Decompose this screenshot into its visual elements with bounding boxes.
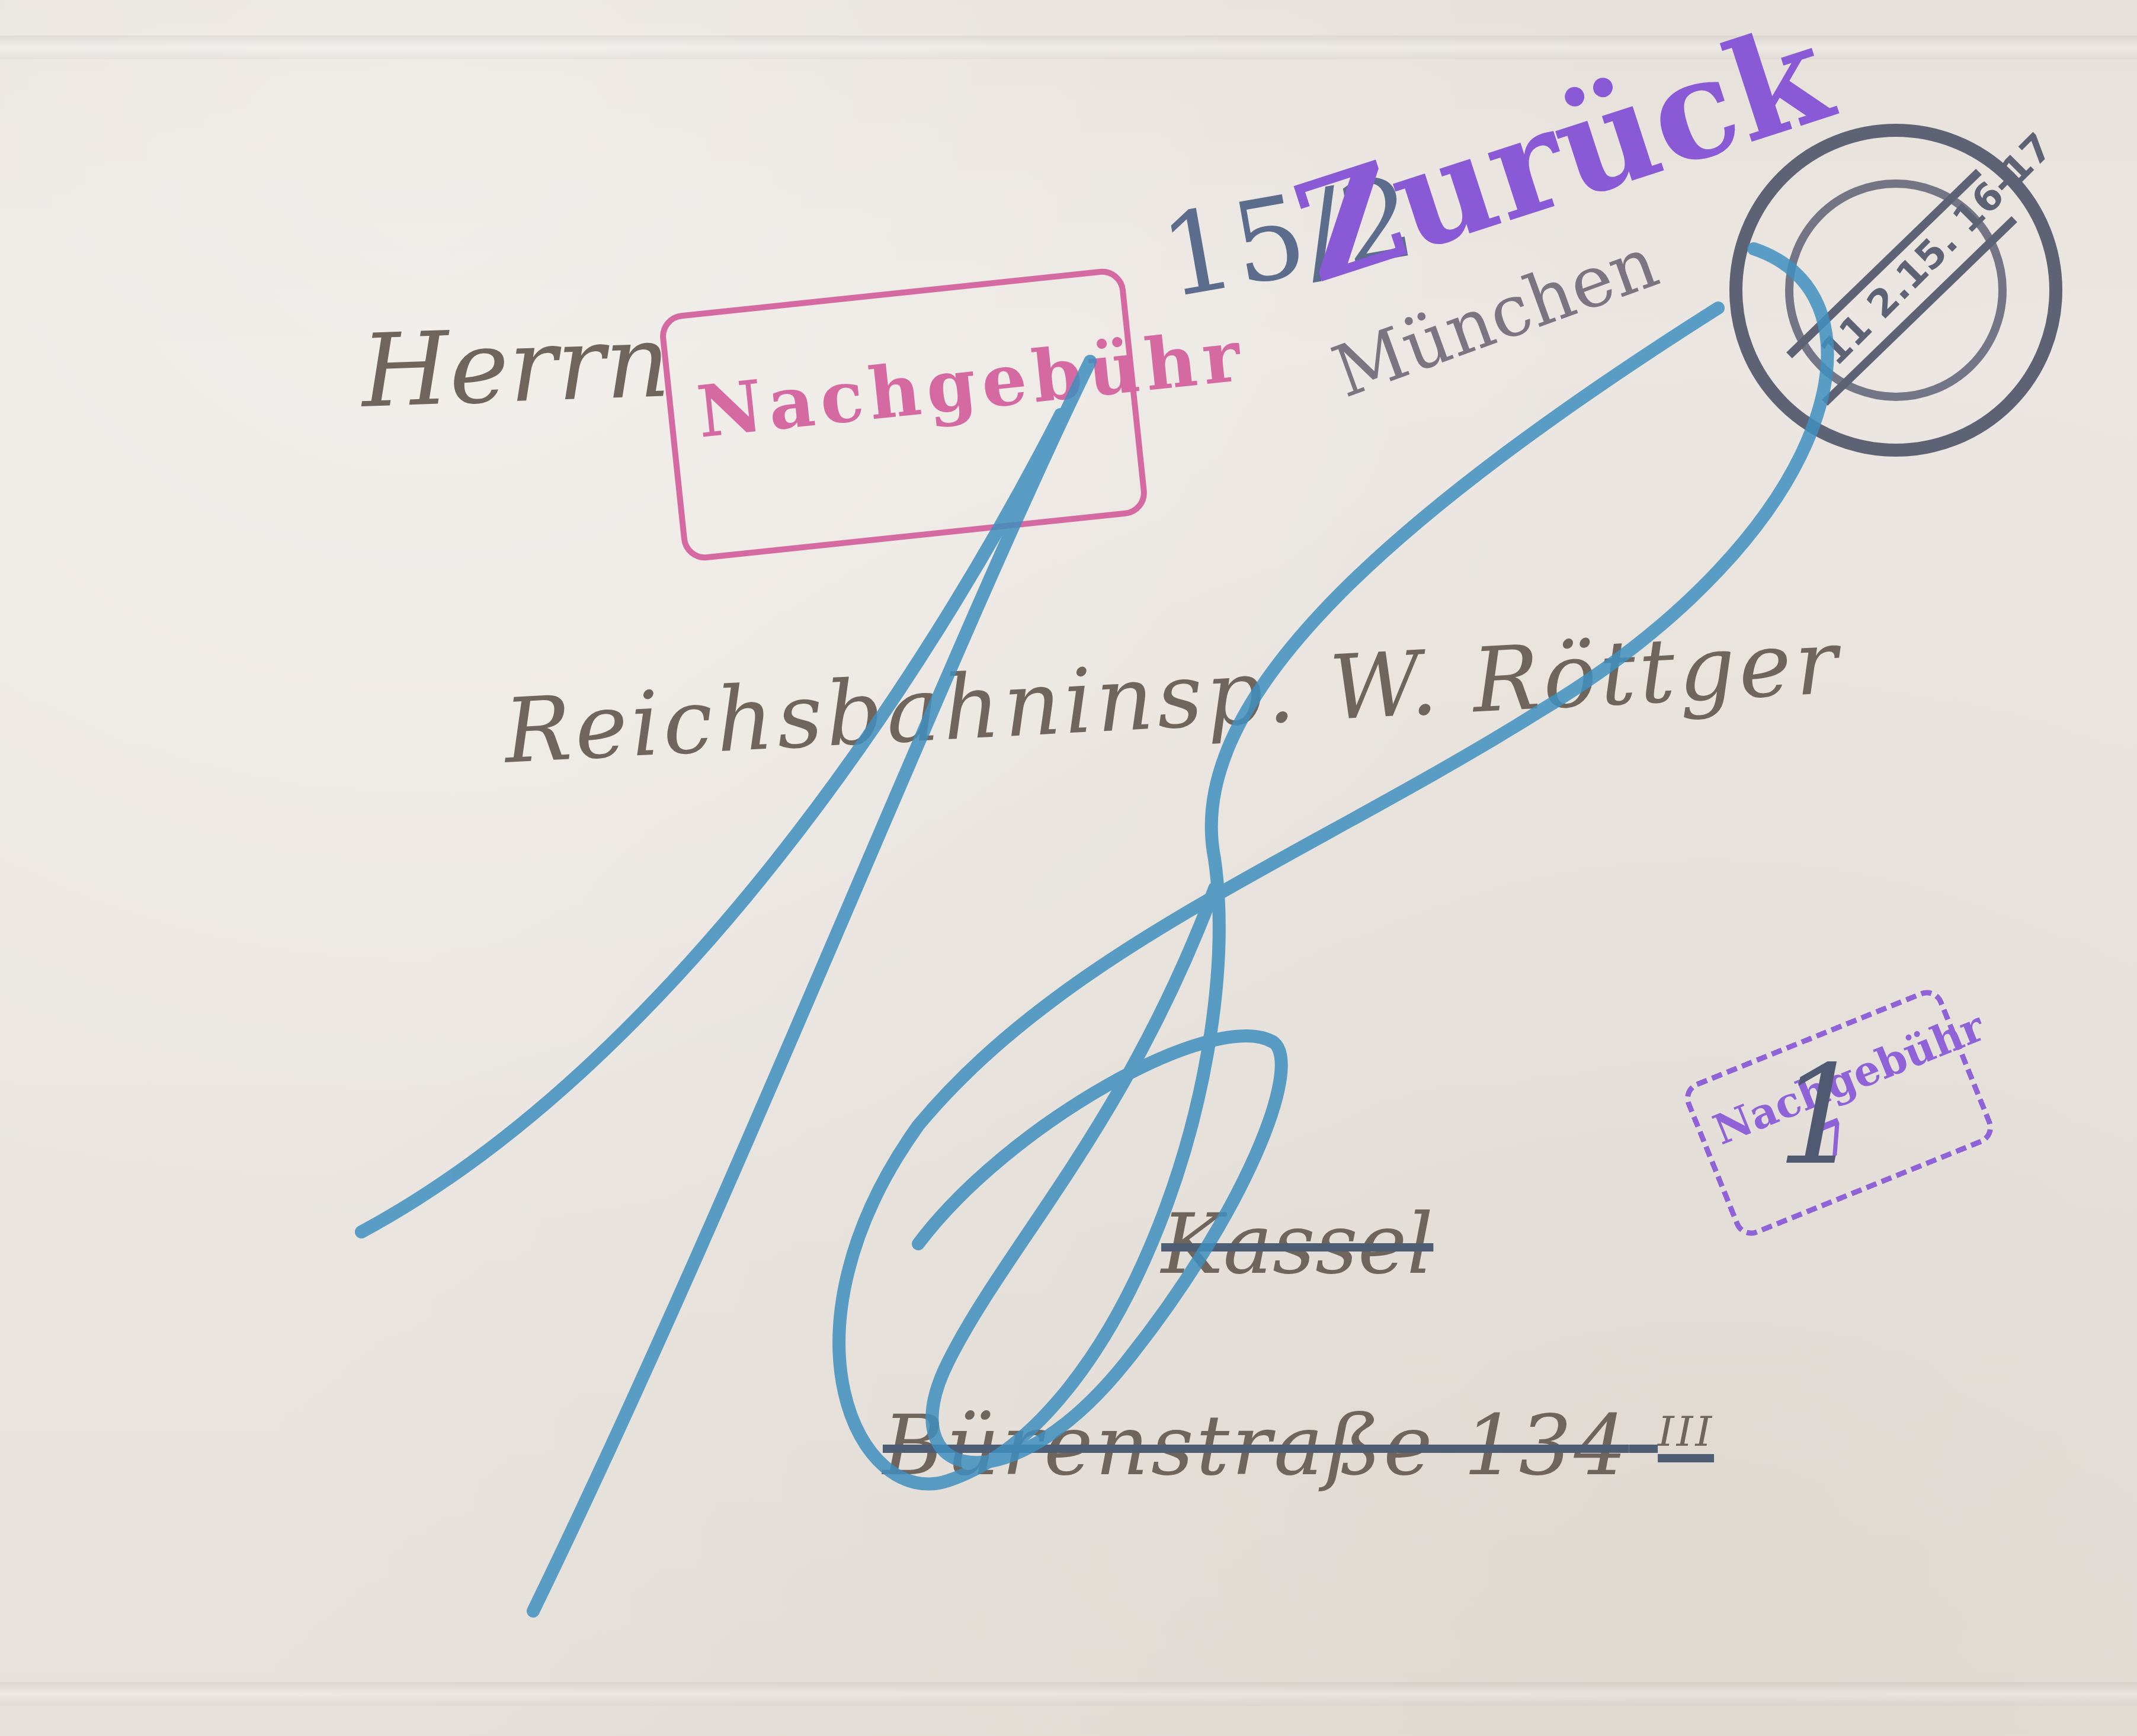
blue-crayon-marks <box>0 0 2137 1736</box>
